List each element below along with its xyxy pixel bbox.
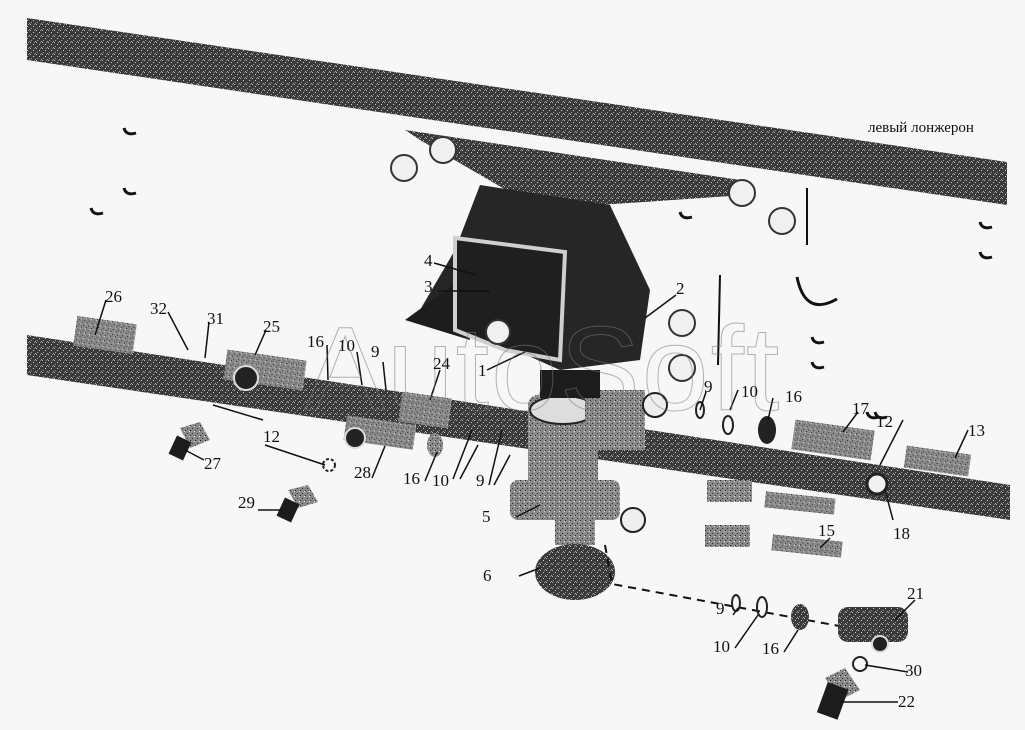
- exploded-parts-diagram: AutoSoft левый лонжерон 1 2 3 4 5 6 9 9 …: [0, 0, 1025, 730]
- callout-16-right: 16: [785, 388, 802, 405]
- large-arc: [797, 277, 837, 305]
- callout-16-left: 16: [307, 333, 324, 350]
- callout-9-right: 9: [704, 378, 713, 395]
- callout-10-lower: 10: [432, 472, 449, 489]
- callout-12-left: 12: [263, 428, 280, 445]
- callout-21: 21: [907, 585, 924, 602]
- callout-5: 5: [482, 508, 491, 525]
- callout-17: 17: [852, 400, 869, 417]
- lower-right-parts: [732, 595, 908, 720]
- callout-12-right: 12: [876, 413, 893, 430]
- callout-10-bottom: 10: [713, 638, 730, 655]
- callout-13: 13: [968, 422, 985, 439]
- callout-22: 22: [898, 693, 915, 710]
- frame-rail-caption: левый лонжерон: [868, 120, 974, 137]
- callout-18: 18: [893, 525, 910, 542]
- callout-26: 26: [105, 288, 122, 305]
- air-filter: [535, 520, 615, 600]
- assembly-line: [605, 545, 850, 628]
- callout-25: 25: [263, 318, 280, 335]
- callout-15: 15: [818, 522, 835, 539]
- callout-10-left: 10: [338, 337, 355, 354]
- callout-16-bottom: 16: [762, 640, 779, 657]
- callout-9-left: 9: [371, 343, 380, 360]
- callout-24: 24: [433, 355, 450, 372]
- callout-16-lower: 16: [403, 470, 420, 487]
- watermark: AutoSoft: [305, 300, 781, 438]
- callout-4: 4: [424, 252, 433, 269]
- callout-6: 6: [483, 567, 492, 584]
- callout-9-lower: 9: [476, 472, 485, 489]
- callout-2: 2: [676, 280, 685, 297]
- callout-29: 29: [238, 494, 255, 511]
- callout-31: 31: [207, 310, 224, 327]
- callout-3: 3: [424, 278, 433, 295]
- callout-10-right: 10: [741, 383, 758, 400]
- callout-9-bottom: 9: [716, 600, 725, 617]
- callout-30: 30: [905, 662, 922, 679]
- callout-1: 1: [478, 362, 487, 379]
- callout-27: 27: [204, 455, 221, 472]
- callout-28: 28: [354, 464, 371, 481]
- callout-32: 32: [150, 300, 167, 317]
